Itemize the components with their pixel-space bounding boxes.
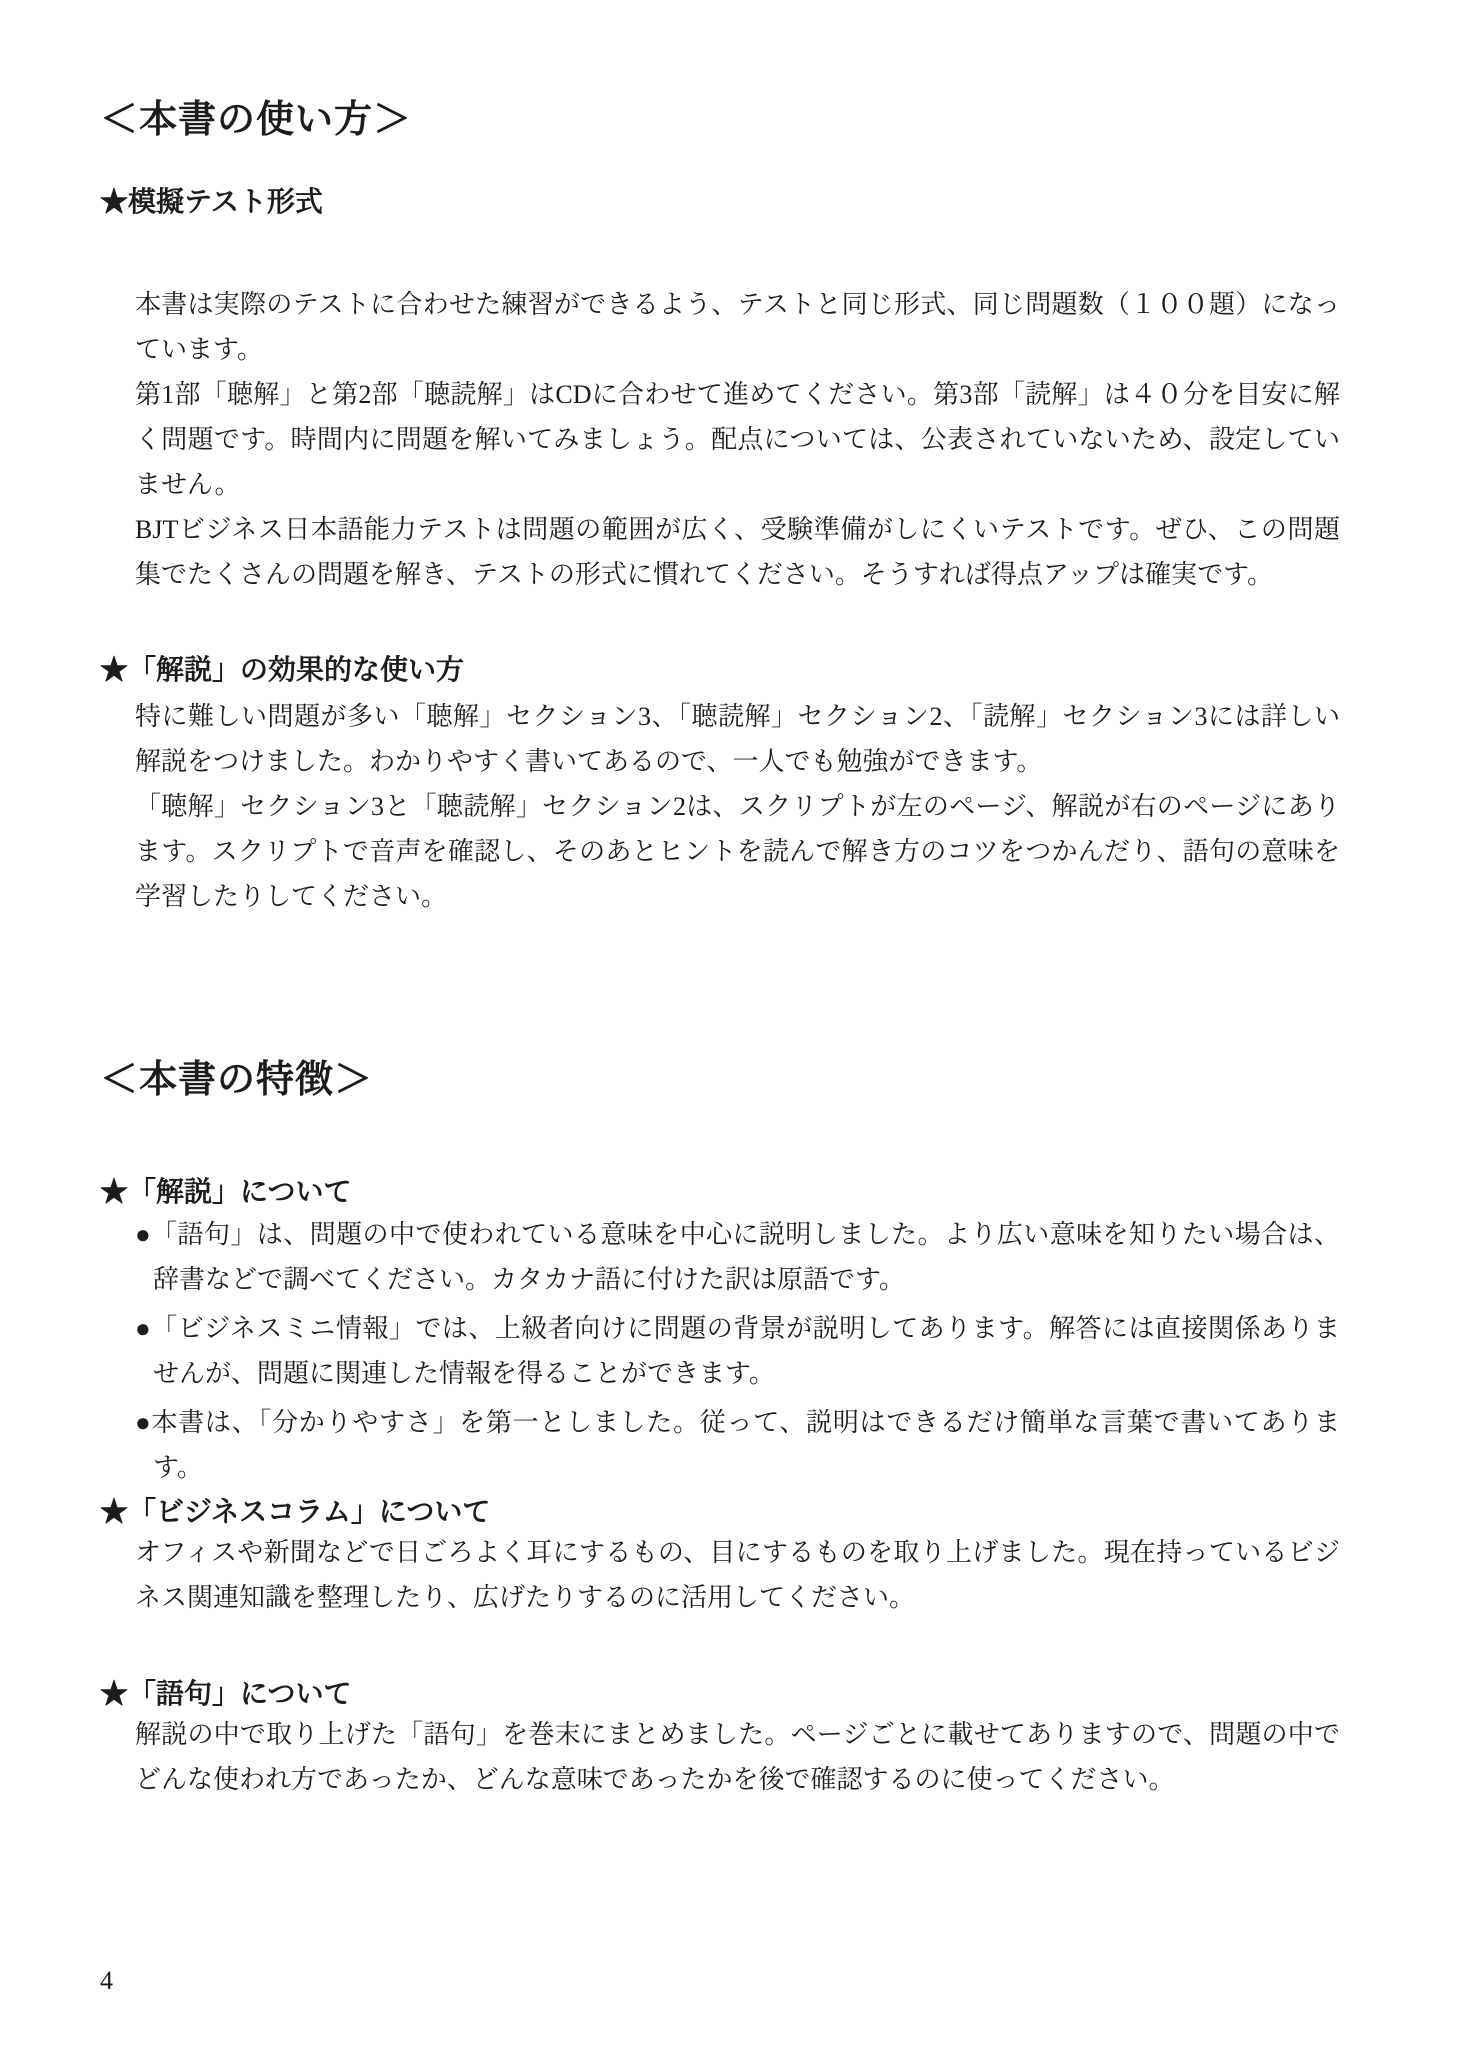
bullet-item: ●「語句」は、問題の中で使われている意味を中心に説明しました。より広い意味を知り… <box>135 1212 1340 1302</box>
usage-title: ＜本書の使い方＞ <box>100 88 412 143</box>
section-body-about-commentary: ●「語句」は、問題の中で使われている意味を中心に説明しました。より広い意味を知り… <box>135 1212 1340 1494</box>
section-heading-about-business-column: ★「ビジネスコラム」について <box>100 1490 490 1530</box>
section-body-about-vocabulary: 解説の中で取り上げた「語句」を巻末にまとめました。ページごとに載せてありますので… <box>135 1712 1340 1802</box>
paragraph: オフィスや新聞などで日ごろよく耳にするもの、目にするものを取り上げました。現在持… <box>135 1530 1340 1620</box>
section-heading-effective-use-of-commentary: ★「解説」の効果的な使い方 <box>100 648 464 688</box>
paragraph: 本書は実際のテストに合わせた練習ができるよう、テストと同じ形式、同じ問題数（１０… <box>135 282 1340 372</box>
paragraph: 特に難しい問題が多い「聴解」セクション3、「聴読解」セクション2、「読解」セクシ… <box>135 694 1340 784</box>
section-heading-about-vocabulary: ★「語句」について <box>100 1672 351 1712</box>
book-page: ＜本書の使い方＞ ★模擬テスト形式 本書は実際のテストに合わせた練習ができるよう… <box>0 0 1463 2054</box>
page-number: 4 <box>100 1966 113 1996</box>
paragraph: 解説の中で取り上げた「語句」を巻末にまとめました。ページごとに載せてありますので… <box>135 1712 1340 1802</box>
paragraph: 「聴解」セクション3と「聴読解」セクション2は、スクリプトが左のページ、解説が右… <box>135 784 1340 919</box>
features-title: ＜本書の特徴＞ <box>100 1048 373 1103</box>
section-body-mock-test-format: 本書は実際のテストに合わせた練習ができるよう、テストと同じ形式、同じ問題数（１０… <box>135 282 1340 597</box>
paragraph: 第1部「聴解」と第2部「聴読解」はCDに合わせて進めてください。第3部「読解」は… <box>135 372 1340 507</box>
bullet-item: ●本書は、「分かりやすさ」を第一としました。従って、説明はできるだけ簡単な言葉で… <box>135 1400 1340 1490</box>
section-heading-about-commentary: ★「解説」について <box>100 1170 351 1210</box>
section-heading-mock-test-format: ★模擬テスト形式 <box>100 180 323 220</box>
section-body-effective-use-of-commentary: 特に難しい問題が多い「聴解」セクション3、「聴読解」セクション2、「読解」セクシ… <box>135 694 1340 919</box>
paragraph: BJTビジネス日本語能力テストは問題の範囲が広く、受験準備がしにくいテストです。… <box>135 507 1340 597</box>
section-body-about-business-column: オフィスや新聞などで日ごろよく耳にするもの、目にするものを取り上げました。現在持… <box>135 1530 1340 1620</box>
bullet-item: ●「ビジネスミニ情報」では、上級者向けに問題の背景が説明してあります。解答には直… <box>135 1306 1340 1396</box>
